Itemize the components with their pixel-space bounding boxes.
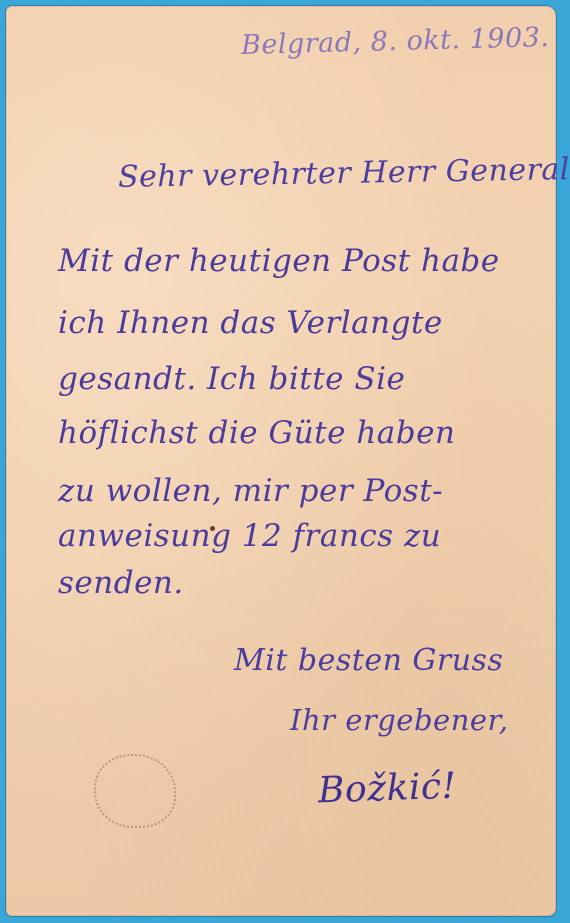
place-date-header: Belgrad, 8. okt. 1903. <box>241 24 550 59</box>
body-line-5: zu wollen, mir per Post- <box>58 476 443 507</box>
ink-spot <box>210 526 215 531</box>
closing-valediction: Ihr ergebener, <box>290 706 508 735</box>
body-line-4: höflichst die Güte haben <box>58 418 455 449</box>
body-line-7: senden. <box>58 568 184 599</box>
body-line-1: Mit der heutigen Post habe <box>58 246 500 277</box>
faded-postmark-icon <box>94 754 176 828</box>
body-line-2: ich Ihnen das Verlangte <box>58 308 443 339</box>
postcard: Belgrad, 8. okt. 1903. Sehr verehrter He… <box>6 6 556 916</box>
body-line-3: gesandt. Ich bitte Sie <box>58 364 405 395</box>
salutation: Sehr verehrter Herr Generalkonsul, <box>118 153 570 193</box>
signature: Božkić! <box>317 769 457 810</box>
body-line-6: anweisung 12 francs zu <box>58 521 441 552</box>
closing-greeting: Mit besten Gruss <box>234 646 503 676</box>
